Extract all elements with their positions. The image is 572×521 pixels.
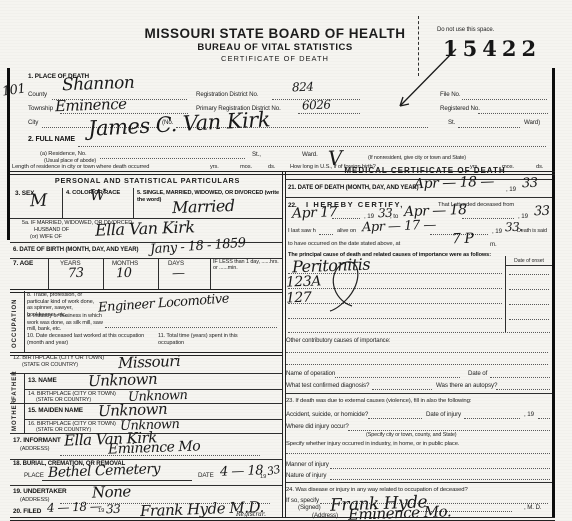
dotted-line (286, 352, 548, 353)
dotted-line (509, 289, 549, 290)
father-name-label: 13. NAME (28, 377, 57, 384)
father-name-value: Unknown (88, 370, 158, 390)
certificate-subtitle: CERTIFICATE OF DEATH (128, 54, 422, 63)
dotted-line (464, 418, 520, 419)
stamp-note: Do not use this space. (437, 27, 494, 33)
row-rule (286, 197, 552, 198)
residence-st-label: St., (252, 151, 261, 158)
spouse-label-2: HUSBAND OF (34, 227, 69, 233)
dotted-line (319, 234, 333, 235)
dotted-line (462, 99, 547, 100)
informant-address-label: (ADDRESS) (20, 446, 49, 452)
ds-label: ds. (268, 164, 275, 170)
attended-from-value: Apr 17 (292, 204, 338, 222)
filed-date-value: 4 — 18 — (47, 499, 102, 515)
dotted-line (288, 318, 502, 319)
mother-side-label: MOTHER (12, 399, 18, 431)
dotted-line (372, 389, 432, 390)
birthplace-sub-label: (STATE OR COUNTRY) (22, 362, 78, 368)
file-no-label: File No. (440, 91, 461, 98)
cell-divider (48, 258, 49, 290)
dotted-line (509, 304, 549, 305)
row-rule (286, 393, 552, 394)
dotted-line (335, 377, 460, 378)
age-days-value: — (172, 266, 185, 281)
specify-city-label: (Specify city or town, county, and State… (366, 432, 456, 438)
bottom-border-rule (10, 517, 555, 521)
county-label: County (28, 91, 47, 98)
if-so-label: If so, specify (286, 497, 319, 504)
side-label-divider (24, 373, 25, 403)
mos-label: mos. (240, 164, 252, 170)
related-occupation-label: 24. Was disease or injury in any way rel… (286, 487, 468, 493)
dotted-line (330, 468, 550, 469)
rule-line (42, 480, 192, 481)
spouse-value: Ella Van Kirk (95, 217, 195, 239)
dotted-line (60, 455, 260, 456)
full-name-label: 2. FULL NAME (28, 136, 75, 143)
injury-year-label: , 19 (524, 411, 534, 418)
dotted-line (298, 113, 360, 114)
cell-divider (103, 258, 104, 290)
filed-label: 20. FILED (13, 508, 41, 515)
dotted-line (348, 430, 550, 431)
age-label: 7. AGE (13, 260, 33, 267)
physician-address-label: (Address) (312, 512, 338, 519)
burial-place-value: Bethel Cemetery (48, 461, 160, 481)
burial-year-value: 33 (266, 463, 281, 478)
scan-edge-right (552, 68, 555, 517)
year-prefix-3: , 19 (492, 228, 502, 235)
mother-name-label: 15. MAIDEN NAME (28, 407, 83, 414)
arrow-head (400, 97, 409, 106)
registered-no-label: Registered No. (440, 105, 480, 112)
where-injury-label: Where did injury occur? (286, 423, 349, 430)
filed-year-prefix: 19 (98, 508, 104, 514)
nature-injury-label: Nature of injury (286, 472, 326, 479)
dotted-line (538, 418, 550, 419)
year-value-2: 33 (534, 204, 550, 220)
dotted-line (78, 146, 546, 147)
cause-code-2: 127 (286, 290, 312, 307)
certificate-number-stamp: 15422 (443, 36, 541, 61)
md-label: , M. D. (524, 504, 542, 511)
manner-injury-label: Manner of injury (286, 461, 329, 468)
total-time-label: 11. Total time (years) spent in this occ… (158, 333, 246, 346)
residence-ward-label: Ward. (302, 151, 318, 158)
time-of-death-value: 7 P (452, 231, 474, 248)
physician-address-value: Eminence Mo. (348, 502, 452, 521)
dotted-line (462, 218, 514, 219)
undertaker-address-label: (ADDRESS) (20, 497, 49, 503)
row-rule (10, 485, 282, 486)
date-of-onset-label: Date of onset (506, 258, 552, 266)
signed-label: (Signed) (298, 504, 321, 511)
onset-box-border (505, 256, 506, 332)
margin-number: 101 (1, 81, 26, 99)
row-rule (286, 482, 552, 483)
county-value: Shannon (62, 73, 135, 96)
contributory-label: Other contributory causes of importance: (286, 338, 390, 344)
occupation-side-label: OCCUPATION (12, 299, 18, 348)
header-divider (418, 16, 419, 76)
injury-date-label: Date of injury (426, 411, 461, 418)
primary-reg-value: 6026 (302, 98, 331, 113)
burial-date-label: DATE (198, 472, 214, 479)
date-of-death-value: Apr — 18 — (414, 174, 494, 193)
street-label: St. (448, 119, 455, 126)
cell-divider (158, 258, 159, 290)
burial-place-label: PLACE (24, 472, 44, 479)
yrs-label: yrs. (210, 164, 219, 170)
external-causes-label: 23. If death was due to external causes … (286, 398, 471, 404)
last-worked-label: 10. Date deceased last worked at this oc… (27, 333, 149, 346)
cause-code-1: 123A (286, 273, 321, 290)
page-title: MISSOURI STATE BOARD OF HEALTH (128, 26, 422, 41)
dotted-line (288, 332, 550, 333)
medical-section-header: MEDICAL CERTIFICATE OF DEATH (312, 166, 538, 175)
father-side-label: FATHER (12, 370, 18, 400)
dotted-line (286, 453, 550, 454)
side-label-divider (24, 291, 25, 352)
industry-label: 9. Industry or business in which work wa… (27, 313, 103, 333)
dotted-line (100, 158, 245, 159)
dob-label: 6. DATE OF BIRTH (MONTH, DAY, AND YEAR) (13, 247, 138, 253)
nonresident-label: (If nonresident, give city or town and S… (368, 155, 466, 161)
dotted-line (509, 274, 549, 275)
alive-on-label: alive on (337, 228, 356, 234)
marital-value: Married (172, 196, 235, 217)
filed-year-value: 33 (106, 502, 121, 516)
dotted-line (288, 303, 502, 304)
date-of-death-label: 21. DATE OF DEATH (MONTH, DAY, AND YEAR) (288, 185, 419, 191)
operation-label: Name of operation (286, 370, 335, 377)
dotted-line (496, 389, 550, 390)
burial-year-prefix: 19 (260, 474, 266, 480)
burial-date-value: 4 — 18 (220, 463, 264, 479)
personal-section-header: PERSONAL AND STATISTICAL PARTICULARS (20, 176, 275, 185)
last-saw-value: Apr — 17 — (362, 218, 436, 236)
township-label: Township (28, 105, 53, 112)
date-of-label: Date of (468, 370, 487, 377)
side-label-divider (24, 403, 25, 433)
autopsy-label: Was there an autopsy? (436, 382, 497, 389)
ward-label: Ward) (524, 119, 540, 126)
dotted-line (332, 218, 360, 219)
dob-value: Jany - 18 - 1859 (150, 236, 246, 258)
undertaker-label: 19. UNDERTAKER (13, 488, 67, 495)
age-months-value: 10 (116, 266, 132, 282)
age-years-value: 73 (68, 266, 84, 282)
death-certificate-page: MISSOURI STATE BOARD OF HEALTH BUREAU OF… (0, 0, 572, 521)
test-confirmed-label: What test confirmed diagnosis? (286, 382, 369, 389)
dotted-line (478, 113, 548, 114)
spouse-label-3: (or) WIFE OF (30, 234, 62, 240)
cell-divider (210, 258, 211, 290)
cell-divider (62, 188, 63, 218)
city-label: City (28, 119, 38, 126)
accident-label: Accident, suicide, or homicide? (286, 411, 368, 418)
reg-district-value: 824 (292, 80, 314, 95)
dotted-line (105, 327, 277, 328)
meridiem-label: m. (490, 241, 497, 248)
dod-year-value: 33 (522, 176, 538, 192)
trade-value: Engineer Locomotive (98, 291, 230, 315)
bureau-subtitle: BUREAU OF VITAL STATISTICS (128, 42, 422, 53)
reg-district-label: Registration District No. (196, 91, 259, 98)
death-said-label: Death is said (517, 228, 547, 234)
last-saw-label: I last saw h (288, 228, 316, 234)
dotted-line (368, 418, 422, 419)
specify-place-label: Specify whether injury occurred in indus… (286, 441, 459, 447)
dotted-line (330, 479, 550, 480)
dod-year-prefix: , 19 (506, 186, 516, 193)
dotted-line (490, 377, 550, 378)
birthplace-label: 12. BIRTHPLACE (CITY OR TOWN) (13, 355, 104, 361)
residence-label: (a) Residence, No. (40, 151, 87, 157)
length-residence-label: Length of residence in city or town wher… (12, 164, 149, 170)
registrar-label: Registrar. (236, 511, 266, 518)
color-race-value: W (90, 186, 106, 205)
dotted-line (458, 127, 520, 128)
if-less-label: IF LESS than 1 day, ......hrs. or ......… (213, 259, 279, 272)
sex-value: M (30, 191, 48, 212)
cell-divider (133, 188, 134, 218)
occurred-label: to have occurred on the date stated abov… (288, 241, 400, 247)
informant-label: 17. INFORMANT (13, 437, 61, 444)
dotted-line (286, 364, 548, 365)
dotted-line (509, 319, 549, 320)
row-rule (10, 459, 282, 460)
